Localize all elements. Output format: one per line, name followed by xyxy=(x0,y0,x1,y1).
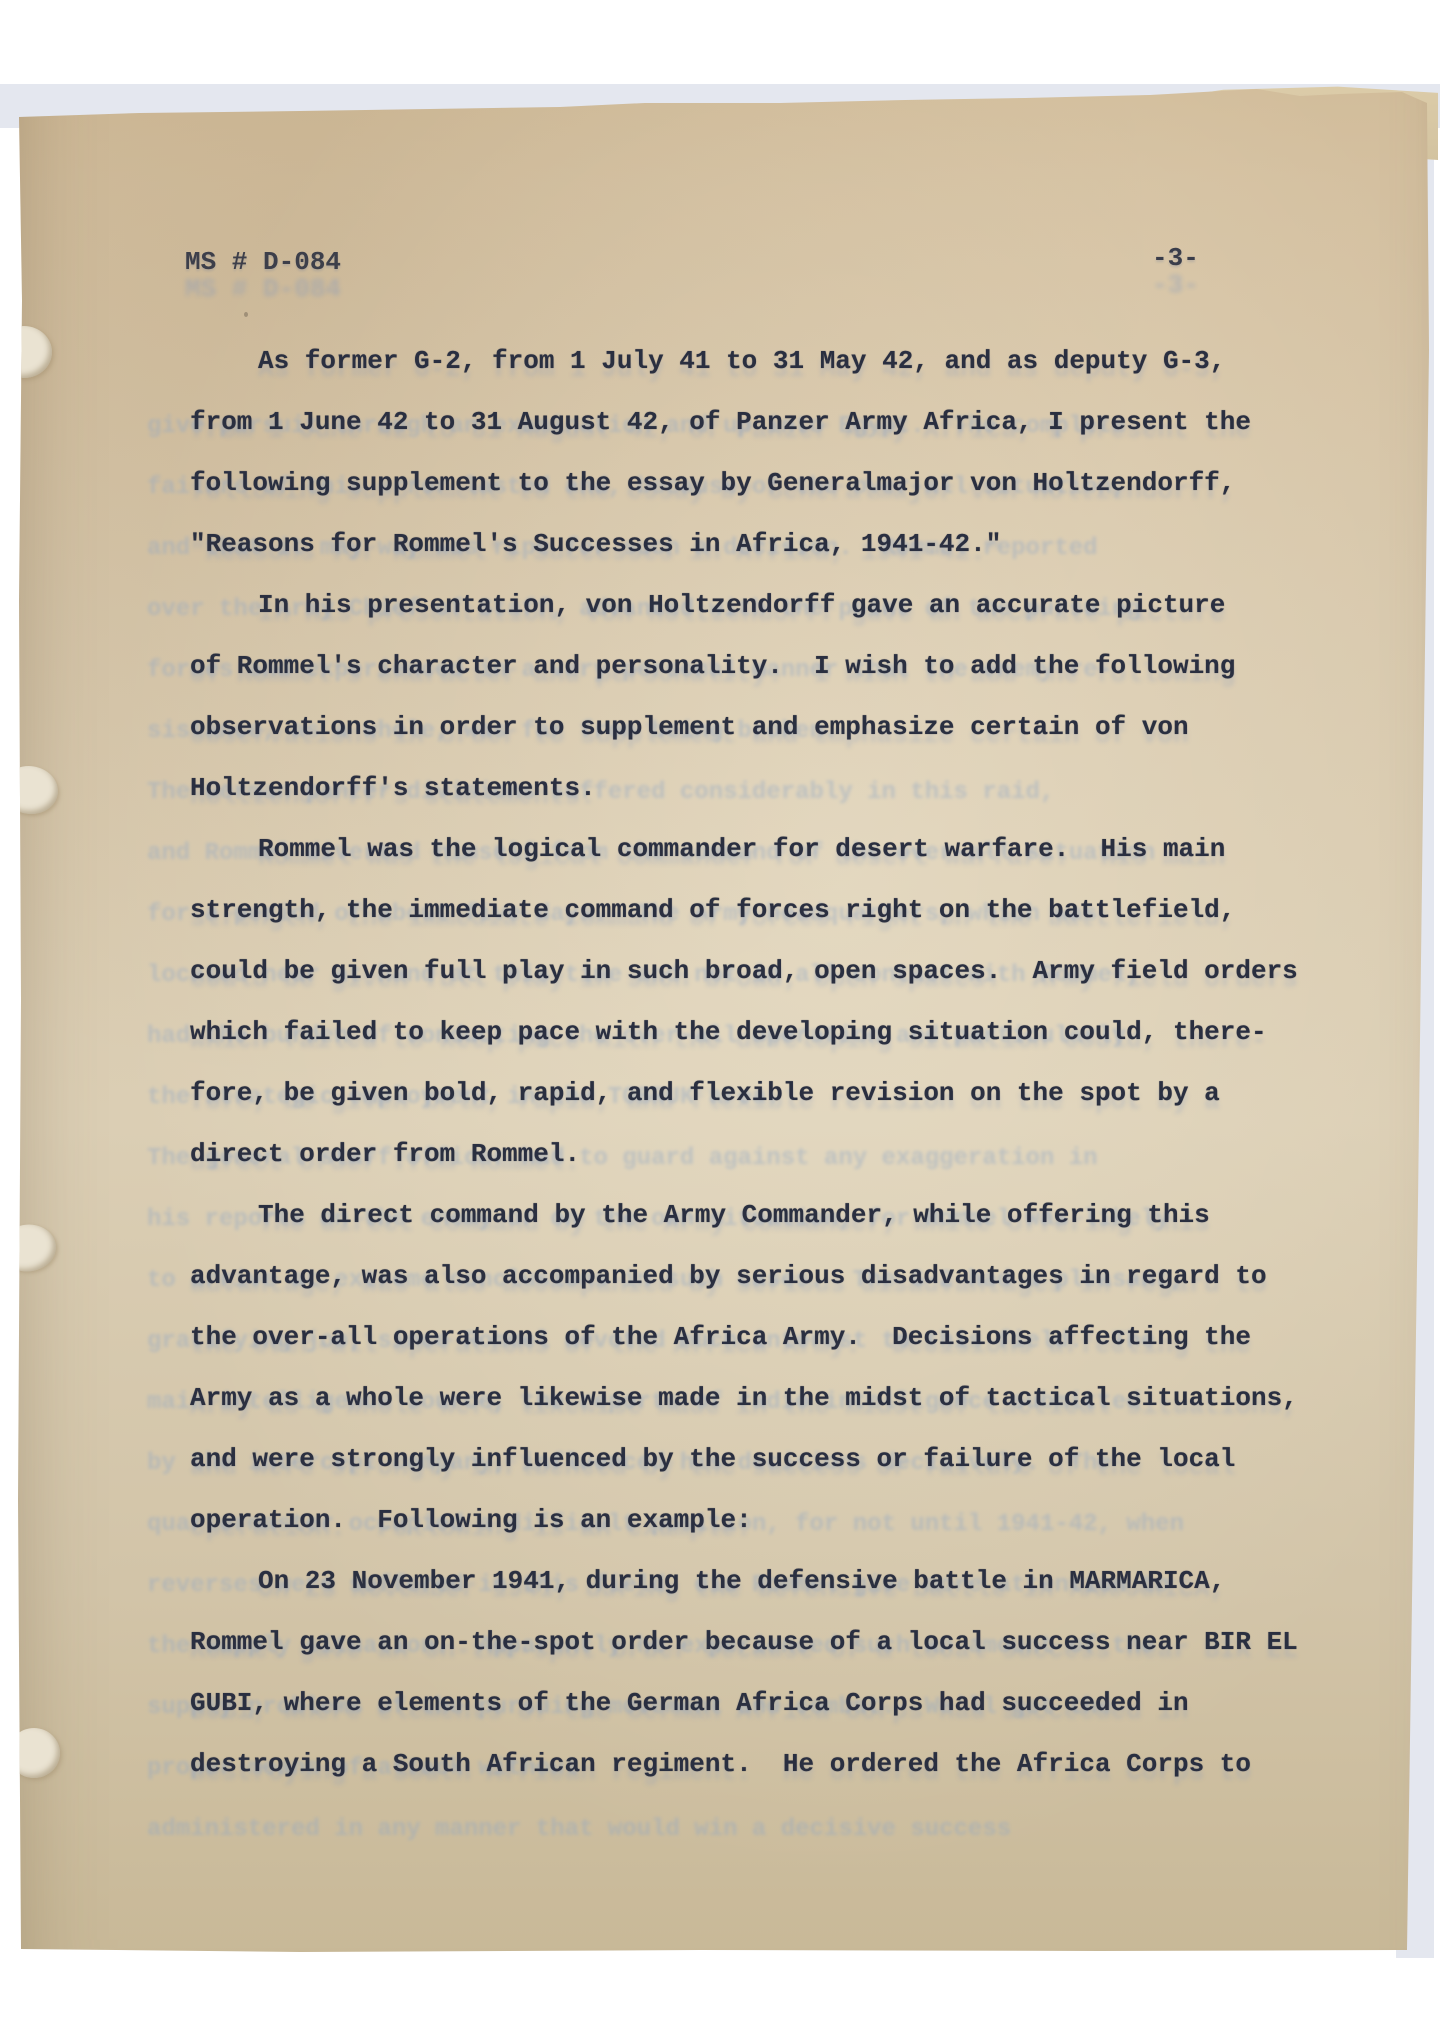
typed-line: In his presentation, von Holtzendorff ga… xyxy=(190,575,1350,636)
typed-line: The direct command by the Army Commander… xyxy=(190,1185,1350,1246)
page-number: -3- xyxy=(1152,243,1199,273)
typed-line: GUBI, where elements of the German Afric… xyxy=(190,1673,1350,1734)
typed-line: from 1 June 42 to 31 August 42, of Panze… xyxy=(190,392,1350,453)
punch-hole xyxy=(0,1222,58,1274)
scanned-document-page: give pursuit through an examination and … xyxy=(0,0,1440,2037)
typed-line: direct order from Rommel. xyxy=(190,1124,1350,1185)
paper-sheet: give pursuit through an examination and … xyxy=(0,0,1440,2037)
typed-line: of Rommel's character and personality. I… xyxy=(190,636,1350,697)
paper-speck xyxy=(244,312,248,317)
typed-line: could be given full play in such broad, … xyxy=(190,941,1350,1002)
typed-line: operation. Following is an example: xyxy=(190,1490,1350,1551)
punch-hole xyxy=(0,762,61,817)
typed-line: As former G-2, from 1 July 41 to 31 May … xyxy=(190,331,1350,392)
typed-line: On 23 November 1941, during the defensiv… xyxy=(190,1551,1350,1612)
typed-line: fore, be given bold, rapid, and flexible… xyxy=(190,1063,1350,1124)
typed-line: Rommel was the logical commander for des… xyxy=(190,819,1350,880)
typed-line: advantage, was also accompanied by serio… xyxy=(190,1246,1350,1307)
typed-line: observations in order to supplement and … xyxy=(190,697,1350,758)
typed-line: "Reasons for Rommel's Successes in Afric… xyxy=(190,514,1350,575)
punch-hole xyxy=(0,326,52,378)
ghost-line: administered in any manner that would wi… xyxy=(147,1799,1357,1860)
manuscript-number: MS # D-084 xyxy=(185,247,341,277)
typed-text-block: As former G-2, from 1 July 41 to 31 May … xyxy=(190,331,1350,1795)
typed-line: strength, the immediate command of force… xyxy=(190,880,1350,941)
typed-line: Army as a whole were likewise made in th… xyxy=(190,1368,1350,1429)
typed-line: destroying a South African regiment. He … xyxy=(190,1734,1350,1795)
typed-line: the over-all operations of the Africa Ar… xyxy=(190,1307,1350,1368)
typed-line: and were strongly influenced by the succ… xyxy=(190,1429,1350,1490)
typed-line: Holtzendorff's statements. xyxy=(190,758,1350,819)
punch-hole xyxy=(8,1728,60,1778)
typed-line: which failed to keep pace with the devel… xyxy=(190,1002,1350,1063)
typed-line: Rommel gave an on-the-spot order because… xyxy=(190,1612,1350,1673)
typed-line: following supplement to the essay by Gen… xyxy=(190,453,1350,514)
